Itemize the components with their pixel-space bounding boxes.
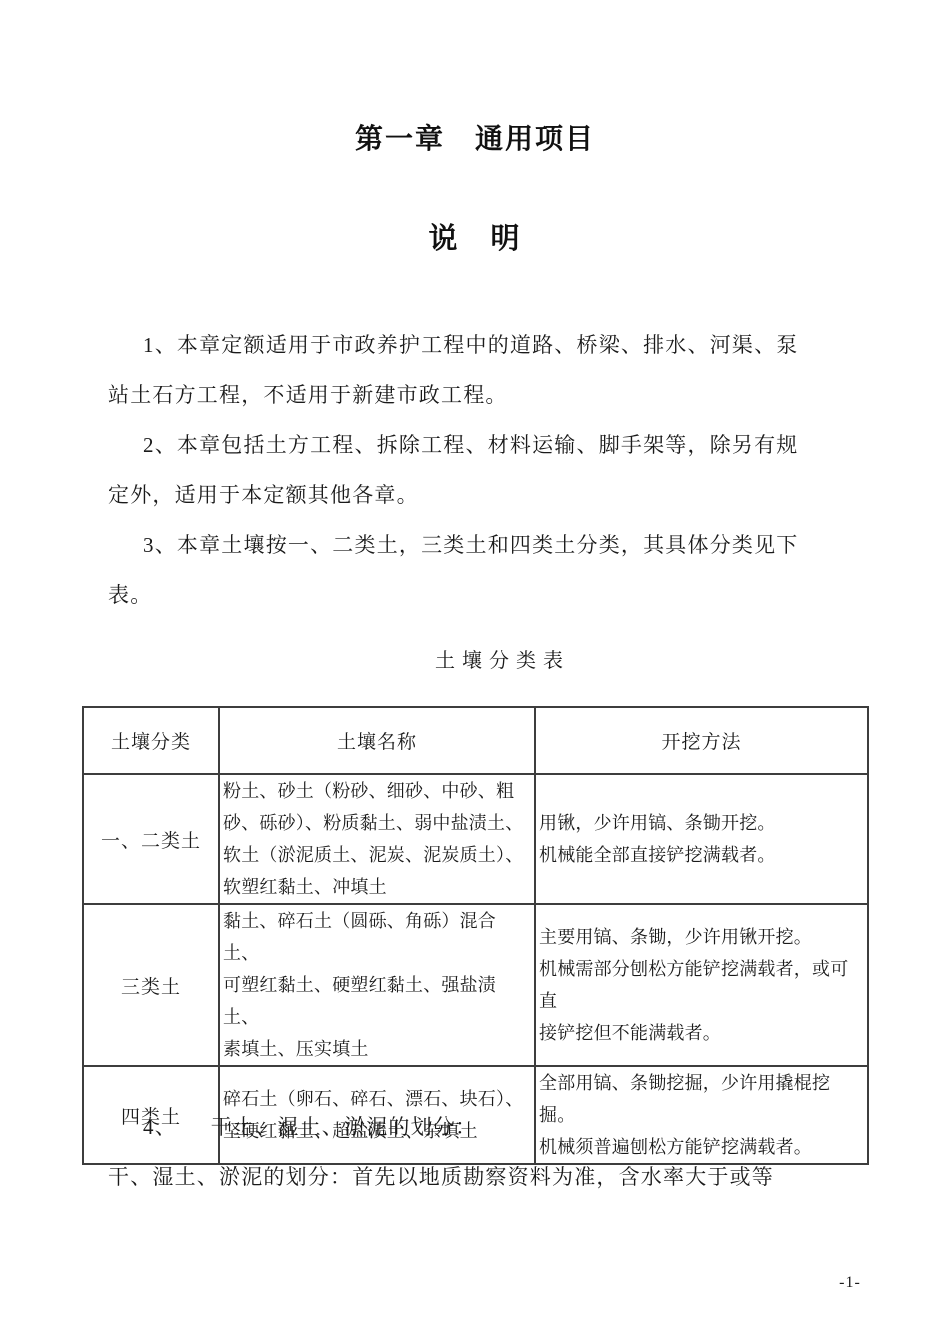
paragraph-1: 1、本章定额适用于市政养护工程中的道路、桥梁、排水、河渠、泵 站土石方工程，不适… xyxy=(108,320,813,420)
chapter-title: 第一章 通用项目 xyxy=(0,122,950,156)
paragraph-2: 2、本章包括土方工程、拆除工程、材料运输、脚手架等，除另有规 定外，适用于本定额… xyxy=(108,420,813,520)
page-number: -1- xyxy=(820,1274,880,1292)
soil-names-cell: 黏土、碎石土（圆砾、角砾）混合土、 可塑红黏土、硬塑红黏土、强盐渍土、 素填土、… xyxy=(219,904,535,1066)
table-row: 三类土 黏土、碎石土（圆砾、角砾）混合土、 可塑红黏土、硬塑红黏土、强盐渍土、 … xyxy=(83,904,868,1066)
section-subtitle: 说 明 xyxy=(0,222,950,256)
document-page: 第一章 通用项目 说 明 1、本章定额适用于市政养护工程中的道路、桥梁、排水、河… xyxy=(0,0,950,1344)
soil-names-cell: 粉土、砂土（粉砂、细砂、中砂、粗 砂、砾砂）、粉质黏土、弱中盐渍土、 软土（淤泥… xyxy=(219,774,535,904)
table-header-row: 土壤分类 土壤名称 开挖方法 xyxy=(83,707,868,774)
table-row: 一、二类土 粉土、砂土（粉砂、细砂、中砂、粗 砂、砾砂）、粉质黏土、弱中盐渍土、… xyxy=(83,774,868,904)
soil-category-cell: 三类土 xyxy=(83,904,219,1066)
paragraph-4: 4、 干土、湿土、淤泥的划分： xyxy=(108,1102,813,1152)
soil-classification-table: 土壤分类 土壤名称 开挖方法 一、二类土 粉土、砂土（粉砂、细砂、中砂、粗 砂、… xyxy=(82,706,869,1165)
dig-method-cell: 用锹，少许用镐、条锄开挖。 机械能全部直接铲挖满载者。 xyxy=(535,774,868,904)
column-header-dig-method: 开挖方法 xyxy=(535,707,868,774)
item4-paragraphs: 4、 干土、湿土、淤泥的划分： 干、湿土、淤泥的划分：首先以地质勘察资料为准，含… xyxy=(108,1102,813,1202)
paragraph-3: 3、本章土壤按一、二类土，三类土和四类土分类，其具体分类见下 表。 xyxy=(108,520,813,620)
column-header-soil-name: 土壤名称 xyxy=(219,707,535,774)
soil-category-cell: 一、二类土 xyxy=(83,774,219,904)
paragraph-5: 干、湿土、淤泥的划分：首先以地质勘察资料为准，含水率大于或等 xyxy=(108,1152,813,1202)
table-caption: 土壤分类表 xyxy=(82,646,867,676)
column-header-soil-class: 土壤分类 xyxy=(83,707,219,774)
intro-paragraphs: 1、本章定额适用于市政养护工程中的道路、桥梁、排水、河渠、泵 站土石方工程，不适… xyxy=(108,320,813,620)
dig-method-cell: 主要用镐、条锄，少许用锹开挖。 机械需部分刨松方能铲挖满载者，或可直 接铲挖但不… xyxy=(535,904,868,1066)
